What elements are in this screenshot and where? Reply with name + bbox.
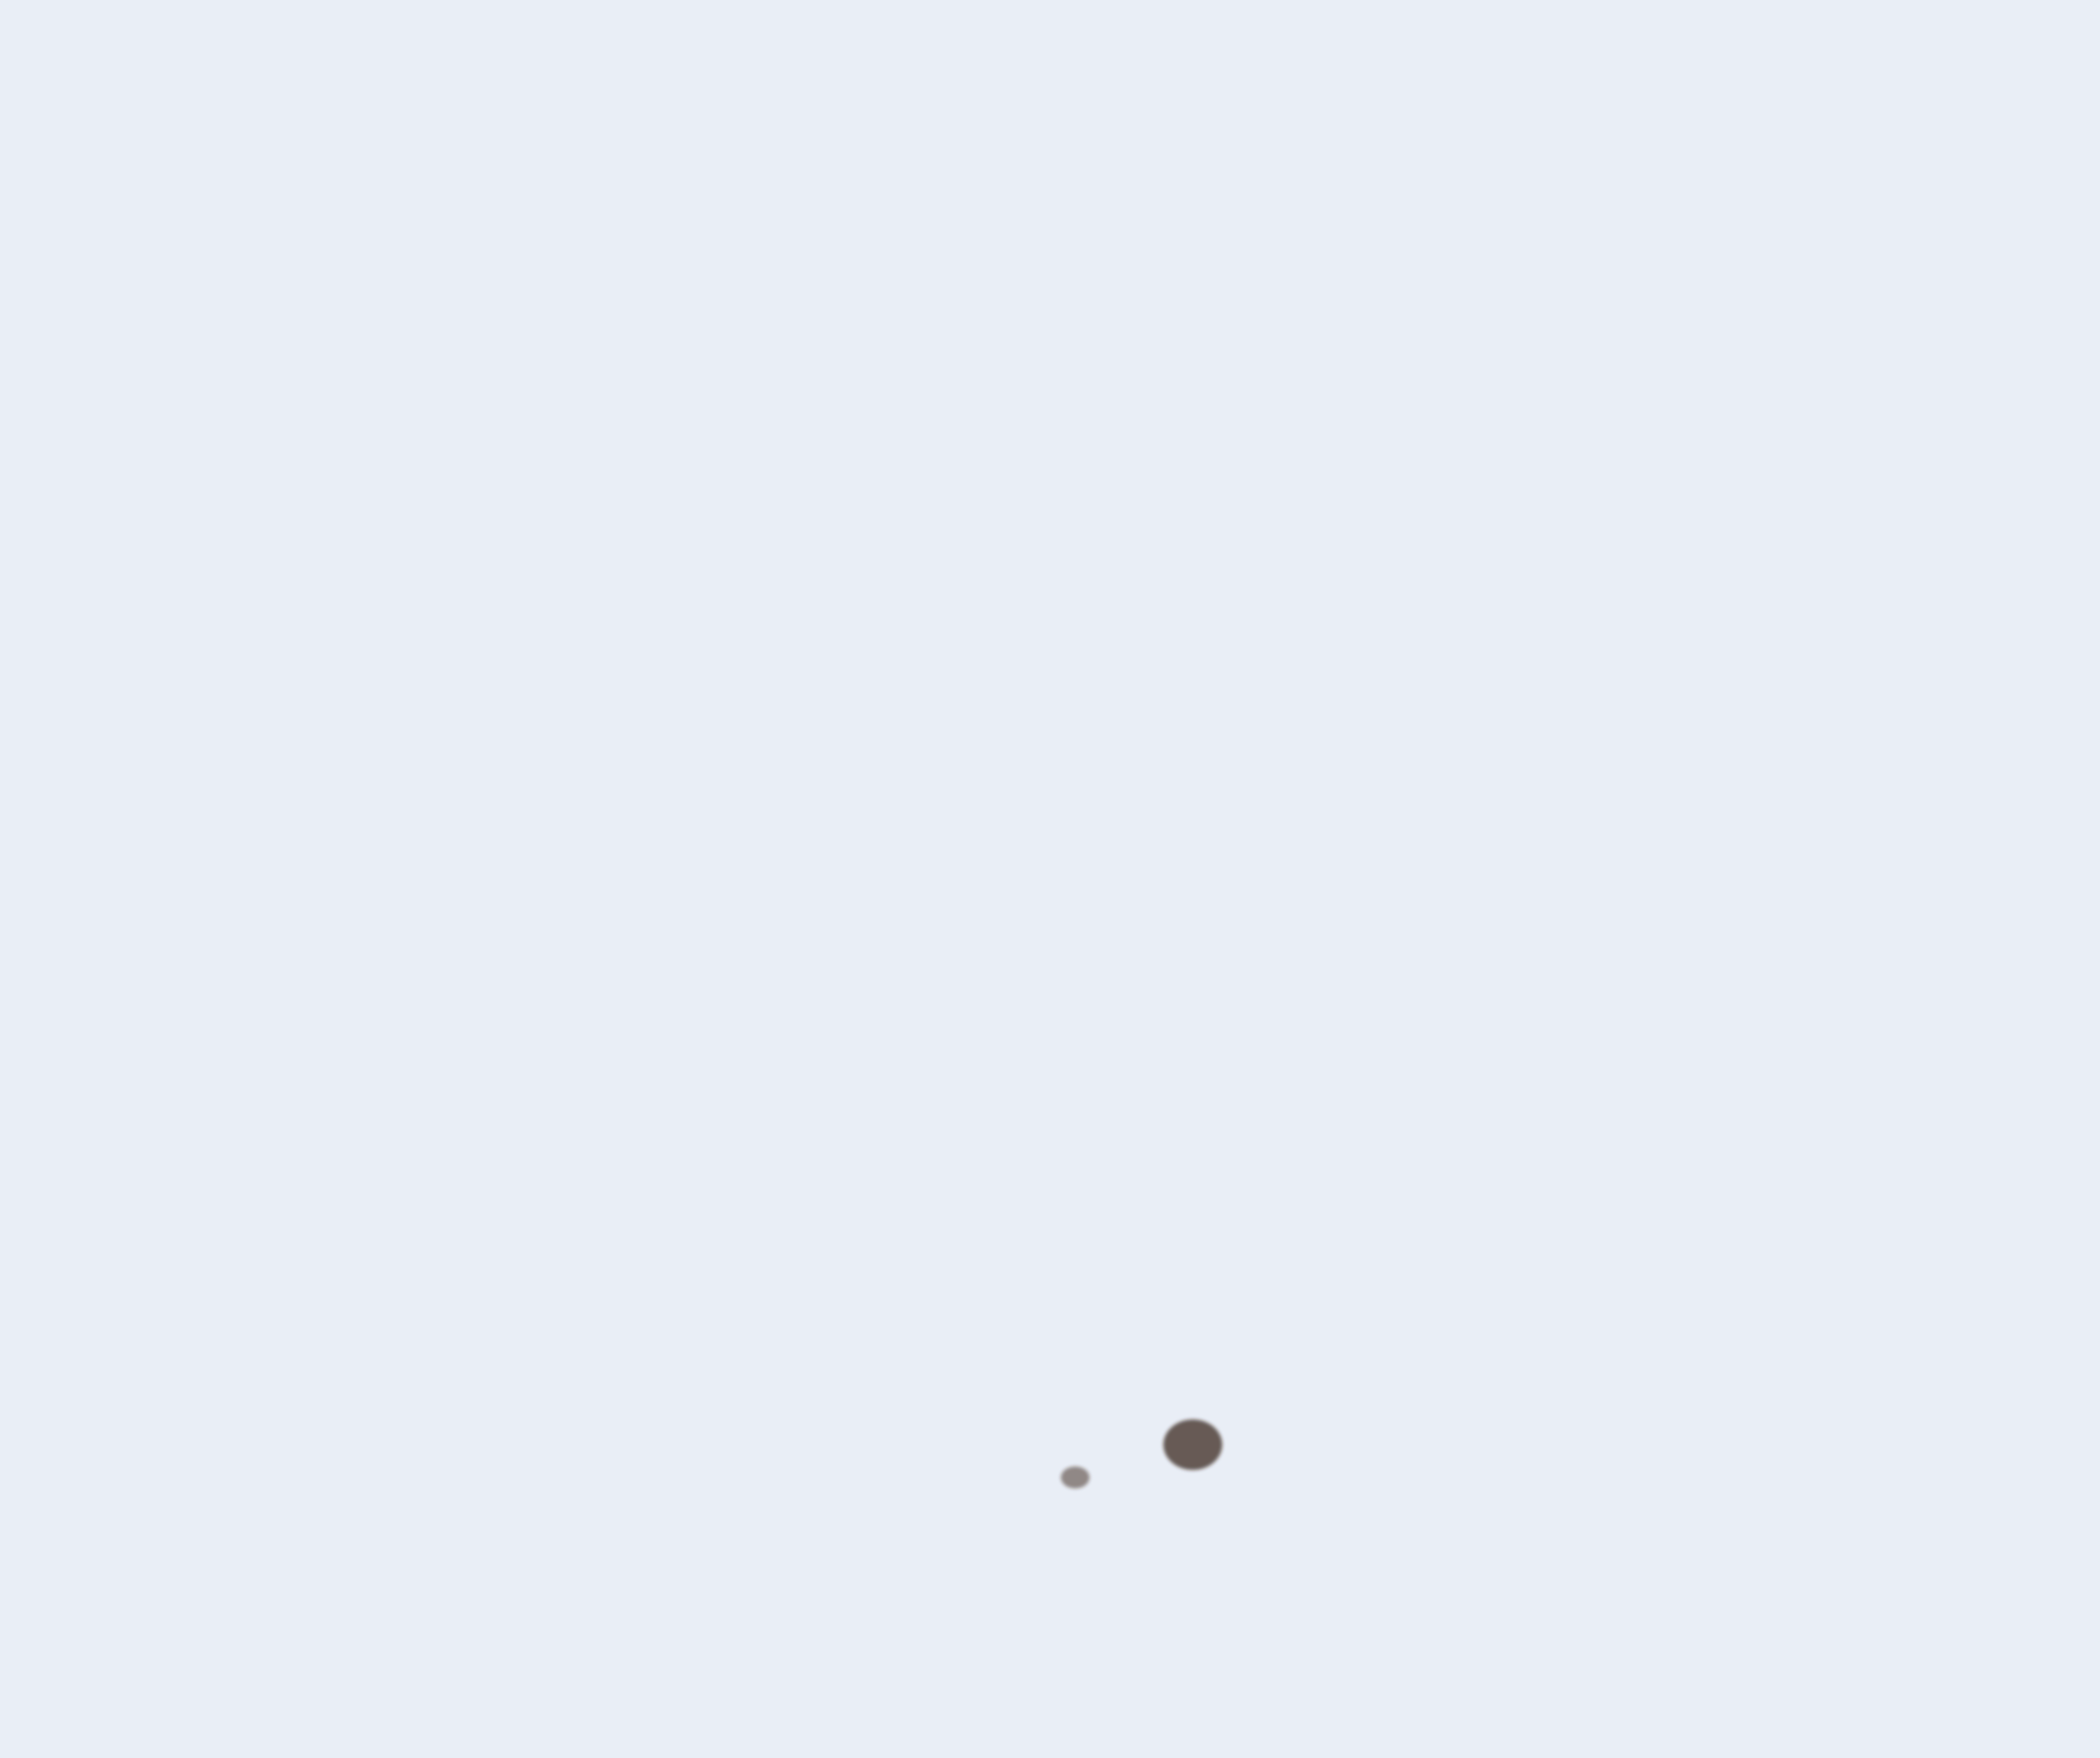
scan-scene: 1234567891011121314151617181920mmcm12345… [0,0,2100,1758]
left-ruler-number: 4 [4,817,33,830]
left-ruler-number: 7 [4,932,33,945]
left-ruler-number: 5 [4,855,33,869]
left-ruler-number: 6 [4,894,33,907]
left-ruler-number: 2 [4,741,33,754]
left-ruler: 1234567891011121314151617181920mmcm [0,627,43,1472]
left-ruler-number: 16 [4,1269,33,1295]
left-ruler-mm-label: mm [20,652,36,676]
left-ruler-number: 15 [4,1231,33,1257]
left-ruler-number: 20 [4,1422,33,1448]
left-ruler-number: 19 [4,1384,33,1410]
left-ruler-number: 18 [4,1346,33,1372]
left-ruler-number: 10 [4,1040,33,1066]
left-ruler-number: 17 [4,1307,33,1333]
left-ruler-number: 8 [4,970,33,983]
scan-stage: 1234567891011121314151617181920mmcm12345… [0,0,2100,1758]
left-ruler-cm-label: cm [5,653,21,672]
left-ruler-number: 9 [4,1008,33,1021]
left-ruler-number: 12 [4,1116,33,1142]
left-ruler-number: 11 [4,1079,33,1104]
left-ruler-number: 3 [4,779,33,792]
left-ruler-number: 1 [4,703,33,716]
left-ruler-number: 14 [4,1193,33,1219]
left-ruler-number: 13 [4,1155,33,1181]
wax-seal [177,1443,303,1655]
